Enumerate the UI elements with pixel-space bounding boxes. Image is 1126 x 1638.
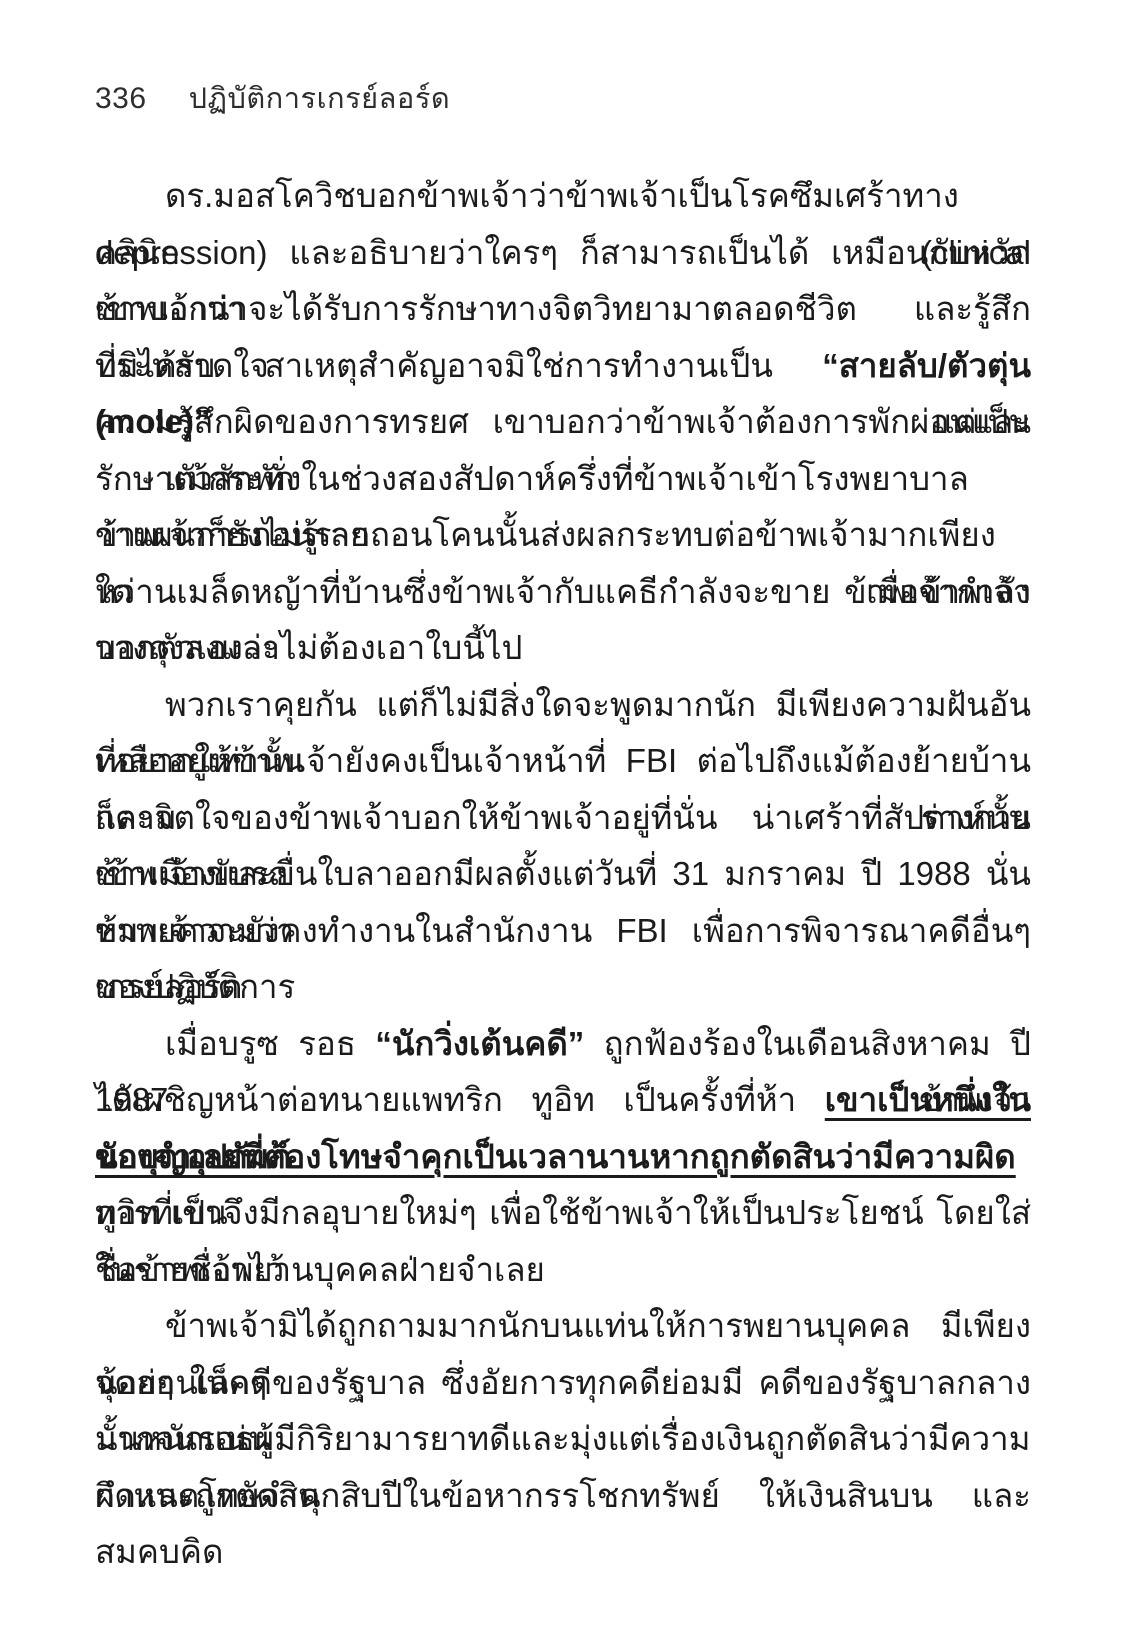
- paragraph: แม้กระทั่งในช่วงสองสัปดาห์ครึ่งที่ข้าพเจ…: [95, 451, 1031, 677]
- text-segment: ของจำเลยที่ต้องโทษจำคุกเป็นเวลานานหากถูก…: [95, 1138, 1016, 1175]
- paragraph: ดร.มอสโควิชบอกข้าพเจ้าว่าข้าพเจ้าเป็นโรค…: [95, 168, 1031, 451]
- page-number: 336: [95, 82, 147, 116]
- text-line: ความรู้สึกผิดของการทรยศ เขาบอกว่าข้าพเจ้…: [95, 394, 1031, 451]
- running-head-title: ปฏิบัติการเกรย์ลอร์ด: [189, 82, 451, 116]
- text-line: มากจนรอธผู้มีกิริยามารยาทดีและมุ่งแต่เรื…: [95, 1411, 1031, 1468]
- book-page: 336 ปฏิบัติการเกรย์ลอร์ด ดร.มอสโควิชบอกข…: [0, 0, 1126, 1638]
- text-line: หว่านเมล็ดหญ้าที่บ้านซึ่งข้าพเจ้ากับแคธี…: [95, 564, 1031, 621]
- text-segment: บอกตัวเองว่าไม่ต้องเอาใบนี้ไป: [95, 629, 523, 666]
- text-segment: กำหนดโทษจำคุกสิบปีในข้อหากรรโชกทรัพย์ ให…: [95, 1477, 1031, 1571]
- text-line: ดร.มอสโควิชบอกข้าพเจ้าว่าข้าพเจ้าเป็นโรค…: [95, 168, 1031, 225]
- body-text: ดร.มอสโควิชบอกข้าพเจ้าว่าข้าพเจ้าเป็นโรค…: [95, 168, 1031, 1524]
- text-line: และจิตใจของข้าพเจ้าบอกให้ข้าพเจ้าอยู่ที่…: [95, 790, 1031, 847]
- text-segment: ได้เผชิญหน้าต่อทนายแพทริก ทูอิท เป็นครั้…: [95, 1081, 825, 1118]
- text-line: ได้เผชิญหน้าต่อทนายแพทริก ทูอิท เป็นครั้…: [95, 1072, 1031, 1129]
- text-segment: เกรย์ลอร์ด: [95, 968, 243, 1005]
- text-line: กำหนดโทษจำคุกสิบปีในข้อหากรรโชกทรัพย์ ให…: [95, 1468, 1031, 1525]
- text-line: ข้าพเจ้ามิได้ถูกถามมากนักบนแท่นให้การพยา…: [95, 1298, 1031, 1355]
- text-line: เมื่อบรูซ รอธ “นักวิ่งเต้นคดี” ถูกฟ้องร้…: [95, 1016, 1031, 1073]
- page-header: 336 ปฏิบัติการเกรย์ลอร์ด: [95, 82, 450, 116]
- text-line: depression) และอธิบายว่าใครๆ ก็สามารถเป็…: [95, 225, 1031, 282]
- text-line: ข้าพเจ้าน่าจะได้รับการรักษาทางจิตวิทยามา…: [95, 281, 1031, 338]
- text-line: น้อยๆ ในคดีของรัฐบาล ซึ่งอัยการทุกคดีย่อ…: [95, 1355, 1031, 1412]
- text-segment: ในรายชื่อพยานบุคคลฝ่ายจำเลย: [95, 1251, 545, 1288]
- paragraph: พวกเราคุยกัน แต่ก็ไม่มีสิ่งใดจะพูดมากนัก…: [95, 677, 1031, 1016]
- text-line: พวกเราคุยกัน แต่ก็ไม่มีสิ่งใดจะพูดมากนัก…: [95, 677, 1031, 734]
- text-line: ทูอิท เขาจึงมีกลอุบายใหม่ๆ เพื่อใช้ข้าพเ…: [95, 1185, 1031, 1242]
- text-segment: เมื่อบรูซ รอธ: [165, 1025, 375, 1062]
- text-line: เกรย์ลอร์ด: [95, 959, 1031, 1016]
- text-segment: “นักวิ่งเต้นคดี”: [375, 1025, 584, 1062]
- paragraph: เมื่อบรูซ รอธ “นักวิ่งเต้นคดี” ถูกฟ้องร้…: [95, 1016, 1031, 1299]
- text-line: ว่าแผนการถอนรากถอนโคนนั้นส่งผลกระทบต่อข้…: [95, 507, 1031, 564]
- text-segment: ที่มิได้รับ สาเหตุสำคัญอาจมิใช่การทำงานเ…: [95, 347, 822, 384]
- text-line: ที่อยากให้ข้าพเจ้ายังคงเป็นเจ้าหน้าที่ F…: [95, 733, 1031, 790]
- text-line: ข้าพเจ้าจะยังคงทำงานในสำนักงาน FBI เพื่อ…: [95, 903, 1031, 960]
- text-line: แม้กระทั่งในช่วงสองสัปดาห์ครึ่งที่ข้าพเจ…: [95, 451, 1031, 508]
- text-line: บอกตัวเองว่าไม่ต้องเอาใบนี้ไป: [95, 620, 1031, 677]
- text-line: เข้าเมืองและยื่นใบลาออกมีผลตั้งแต่วันที่…: [95, 846, 1031, 903]
- text-line: ของจำเลยที่ต้องโทษจำคุกเป็นเวลานานหากถูก…: [95, 1129, 1031, 1186]
- text-line: ที่มิได้รับ สาเหตุสำคัญอาจมิใช่การทำงานเ…: [95, 338, 1031, 395]
- text-line: ในรายชื่อพยานบุคคลฝ่ายจำเลย: [95, 1242, 1031, 1299]
- paragraph: ข้าพเจ้ามิได้ถูกถามมากนักบนแท่นให้การพยา…: [95, 1298, 1031, 1524]
